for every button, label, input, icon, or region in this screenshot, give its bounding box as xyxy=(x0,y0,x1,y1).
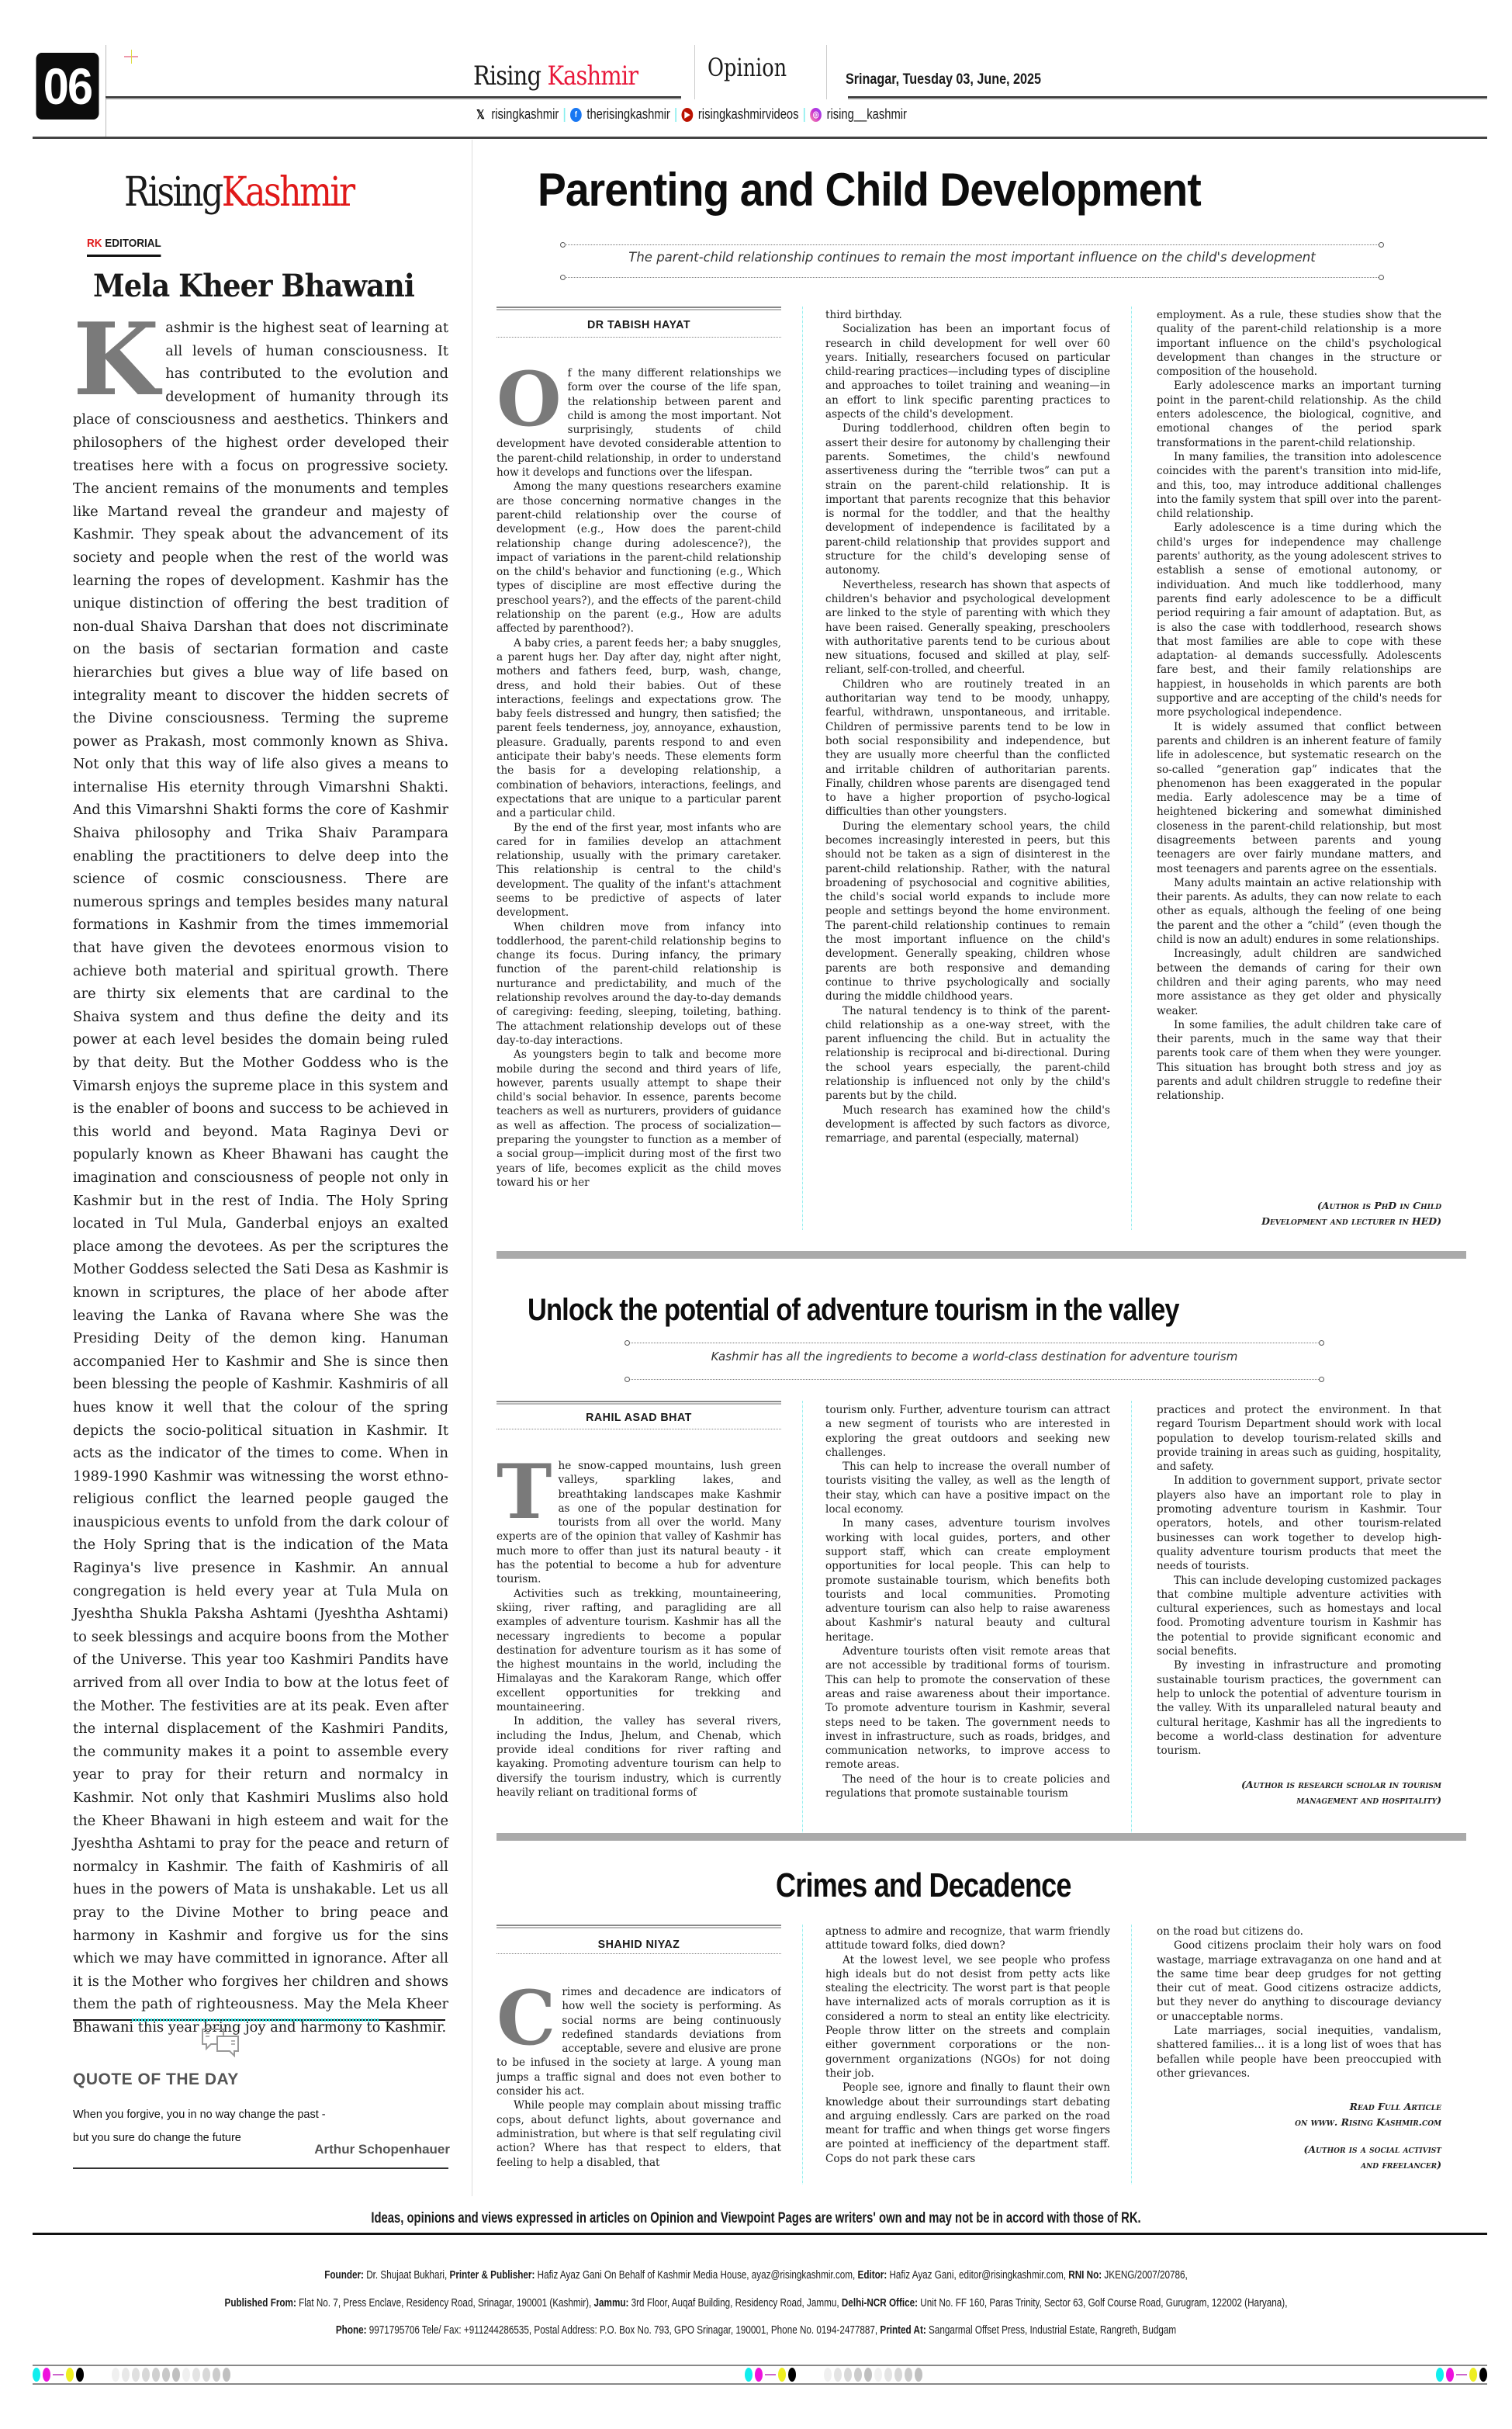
dateline: Srinagar, Tuesday 03, June, 2025 xyxy=(846,71,1041,88)
imprint-label: Published From: xyxy=(225,2296,296,2309)
read-more-line: Read Full Article xyxy=(1157,2099,1441,2115)
facebook-icon: f xyxy=(570,108,582,122)
editorial-logo: RisingKashmir xyxy=(124,169,354,216)
byline-bar xyxy=(497,307,781,310)
social-links: 𝕏 risingkashmir f therisingkashmir ▶ ris… xyxy=(475,106,907,123)
registration-mark xyxy=(131,50,132,64)
paragraph: During toddlerhood, children often begin… xyxy=(825,421,1110,577)
paragraph: practices and protect the environment. I… xyxy=(1157,1403,1441,1474)
deck-rule xyxy=(562,244,1382,245)
divider xyxy=(804,108,805,122)
cyan-swatch xyxy=(33,2368,40,2382)
gray-swatch xyxy=(824,2368,832,2382)
paragraph: At the lowest level, we see people who p… xyxy=(825,1953,1110,2081)
column-rule xyxy=(802,1925,803,2185)
social-instagram-handle[interactable]: rising__kashmir xyxy=(827,106,907,123)
article-deck: The parent-child relationship continues … xyxy=(562,250,1382,265)
gray-swatch xyxy=(192,2368,200,2382)
yellow-swatch xyxy=(778,2368,786,2382)
youtube-icon: ▶ xyxy=(682,108,694,122)
editorial-text: ashmir is the highest seat of learning a… xyxy=(73,320,448,2036)
byline: SHAHID NIYAZ xyxy=(503,1938,774,1951)
gray-swatch xyxy=(884,2368,892,2382)
paragraph: tourism only. Further, adventure tourism… xyxy=(825,1403,1110,1460)
gray-swatch xyxy=(162,2368,170,2382)
magenta-swatch xyxy=(755,2368,763,2382)
disclaimer: Ideas, opinions and views expressed in a… xyxy=(166,2210,1345,2227)
paragraph: Late marriages, social inequities, vanda… xyxy=(1157,2024,1441,2081)
gray-swatch xyxy=(152,2368,160,2382)
paragraph: Children who are routinely treated in an… xyxy=(825,677,1110,819)
paragraph: By the end of the first year, most infan… xyxy=(497,821,781,920)
cyan-swatch xyxy=(1436,2368,1444,2382)
magenta-swatch xyxy=(43,2368,50,2382)
column-rule xyxy=(802,1401,803,1835)
divider xyxy=(694,45,695,99)
paragraph: A baby cries, a parent feeds her; a baby… xyxy=(497,636,781,821)
registration-mark xyxy=(53,2374,64,2375)
gray-swatch xyxy=(894,2368,902,2382)
dropcap: C xyxy=(497,1988,555,2050)
byline-rule xyxy=(497,1953,781,1954)
section-separator xyxy=(497,1833,1466,1841)
cyan-swatch xyxy=(745,2368,753,2382)
gray-swatch xyxy=(142,2368,150,2382)
gray-swatch xyxy=(112,2368,119,2382)
x-icon: 𝕏 xyxy=(475,108,486,122)
paragraph: Activities such as trekking, mountaineer… xyxy=(497,1587,781,1715)
print-color-bar xyxy=(33,2365,1487,2385)
author-note-line: Development and lecturer in HED) xyxy=(1157,1214,1441,1229)
masthead-bottom-rule xyxy=(33,137,1487,139)
paragraph: During the elementary school years, the … xyxy=(825,819,1110,1004)
imprint-label: Printer & Publisher: xyxy=(450,2268,535,2282)
brand-kashmir: Kashmir xyxy=(547,61,638,92)
imprint-label: Phone: xyxy=(336,2323,367,2337)
social-facebook-handle[interactable]: therisingkashmir xyxy=(586,106,670,123)
gray-swatch xyxy=(172,2368,180,2382)
imprint-value: Hafiz Ayaz Gani On Behalf of Kashmir Med… xyxy=(535,2268,857,2282)
imprint-line-1: Founder: Dr. Shujaat Bukhari, Printer & … xyxy=(166,2268,1345,2282)
imprint-value: Dr. Shujaat Bukhari, xyxy=(364,2268,450,2282)
logo-rising: Rising xyxy=(124,169,222,216)
editorial-divider-accent xyxy=(132,2018,380,2022)
editorial-body: Kashmir is the highest seat of learning … xyxy=(73,317,448,2039)
quote-author: Arthur Schopenhauer xyxy=(217,2142,450,2157)
imprint-value: JKENG/2007/20786, xyxy=(1102,2268,1188,2282)
gray-swatch xyxy=(202,2368,210,2382)
gray-swatch xyxy=(874,2368,882,2382)
imprint-label: Delhi-NCR Office: xyxy=(842,2296,918,2309)
quote-heading: QUOTE OF THE DAY xyxy=(73,2070,239,2089)
masthead-rule xyxy=(848,96,1487,99)
paragraph: In addition to government support, priva… xyxy=(1157,1474,1441,1573)
deck-rule xyxy=(627,1379,1322,1380)
author-note-line: (Author is a social activist xyxy=(1157,2142,1441,2157)
paragraph: In some families, the adult children tak… xyxy=(1157,1018,1441,1104)
imprint-label: Jammu: xyxy=(594,2296,629,2309)
paragraph: Nevertheless, research has shown that as… xyxy=(825,578,1110,677)
paragraph: While people may complain about missing … xyxy=(497,2098,781,2169)
quote-rule xyxy=(73,2167,448,2169)
gray-swatch xyxy=(915,2368,922,2382)
paragraph: The natural tendency is to think of the … xyxy=(825,1004,1110,1104)
brand-rising: Rising xyxy=(473,61,541,92)
byline-bar xyxy=(497,1401,781,1405)
article-headline[interactable]: Crimes and Decadence xyxy=(776,1866,1071,1905)
yellow-swatch xyxy=(66,2368,74,2382)
author-note: (Author is research scholar in tourism m… xyxy=(1157,1777,1441,1808)
gray-swatch xyxy=(132,2368,140,2382)
article-column-3: on the road but citizens do. Good citize… xyxy=(1157,1925,1441,2088)
read-more-line: on www. Rising Kashmir.com xyxy=(1157,2115,1441,2130)
paragraph: Good citizens proclaim their holy wars o… xyxy=(1157,1939,1441,2024)
gray-swatch xyxy=(905,2368,912,2382)
imprint-label: Editor: xyxy=(858,2268,887,2282)
paragraph: It is widely assumed that conflict betwe… xyxy=(1157,720,1441,876)
imprint-value: Hafiz Ayaz Gani, editor@risingkashmir.co… xyxy=(887,2268,1068,2282)
byline-rule xyxy=(497,337,781,338)
byline-bar xyxy=(497,1925,781,1928)
yellow-swatch xyxy=(1469,2368,1477,2382)
paragraph: In many cases, adventure tourism involve… xyxy=(825,1516,1110,1644)
masthead-rule xyxy=(106,96,681,99)
article-column-2: aptness to admire and recognize, that wa… xyxy=(825,1925,1110,2185)
section-separator xyxy=(497,1251,1466,1259)
byline-rule xyxy=(497,1429,781,1429)
gray-swatch xyxy=(834,2368,842,2382)
byline: RAHIL ASAD BHAT xyxy=(503,1411,774,1424)
paragraph: employment. As a rule, these studies sho… xyxy=(1157,308,1441,379)
article-column-1: The snow-capped mountains, lush green va… xyxy=(497,1459,781,1831)
editorial-label-text: EDITORIAL xyxy=(102,237,161,250)
black-swatch xyxy=(788,2368,796,2382)
speech-bubbles-icon xyxy=(200,2027,240,2061)
gray-swatch xyxy=(122,2368,130,2382)
author-note-line: and freelancer) xyxy=(1157,2157,1441,2173)
paragraph: on the road but citizens do. xyxy=(1157,1925,1441,1939)
paragraph: third birthday. xyxy=(825,308,1110,322)
article-column-3: practices and protect the environment. I… xyxy=(1157,1403,1441,1768)
paragraph: As youngsters begin to talk and become m… xyxy=(497,1048,781,1190)
column-rule xyxy=(1131,1401,1132,1835)
paragraph: Among the many questions researchers exa… xyxy=(497,480,781,636)
article-column-3: employment. As a rule, these studies sho… xyxy=(1157,308,1441,1177)
author-note-line: management and hospitality) xyxy=(1157,1793,1441,1808)
gray-swatch xyxy=(864,2368,872,2382)
paragraph: By investing in infrastructure and promo… xyxy=(1157,1658,1441,1758)
gray-swatch xyxy=(213,2368,220,2382)
rk-mark: RK xyxy=(87,237,102,250)
deck-rule xyxy=(627,1343,1322,1343)
logo-kashmir: Kashmir xyxy=(222,169,354,216)
article-column-1: Of the many different relationships we f… xyxy=(497,366,781,1383)
dropcap: T xyxy=(497,1462,552,1523)
editorial-title: Mela Kheer Bhawani xyxy=(93,268,407,304)
gray-swatch xyxy=(223,2368,230,2382)
article-deck: Kashmir has all the ingredients to becom… xyxy=(627,1350,1322,1363)
editorial-label: RK EDITORIAL xyxy=(87,237,161,257)
paragraph: This can include developing customized p… xyxy=(1157,1574,1441,1659)
paragraph: People see, ignore and finally to flaunt… xyxy=(825,2081,1110,2166)
author-note: (Author is a social activist and freelan… xyxy=(1157,2142,1441,2173)
author-note: (Author is PhD in Child Development and … xyxy=(1157,1198,1441,1229)
social-youtube-handle[interactable]: risingkashmirvideos xyxy=(698,106,799,123)
imprint-label: Founder: xyxy=(324,2268,364,2282)
paragraph: In many families, the transition into ad… xyxy=(1157,450,1441,521)
imprint-value: Sangarmal Offset Press, Industrial Estat… xyxy=(926,2323,1176,2337)
black-swatch xyxy=(1479,2368,1487,2382)
gray-swatch xyxy=(844,2368,852,2382)
read-full-article-link[interactable]: Read Full Article on www. Rising Kashmir… xyxy=(1157,2099,1441,2130)
column-rule xyxy=(1131,1925,1132,2185)
imprint-value: Flat No. 7, Press Enclave, Residency Roa… xyxy=(296,2296,594,2309)
article-headline[interactable]: Unlock the potential of adventure touris… xyxy=(528,1293,1179,1328)
dropcap: O xyxy=(497,369,562,431)
page-number: 06 xyxy=(36,53,99,120)
paragraph: aptness to admire and recognize, that wa… xyxy=(825,1925,1110,1953)
paragraph: When children move from infancy into tod… xyxy=(497,920,781,1048)
paragraph: Many adults maintain an active relations… xyxy=(1157,876,1441,947)
paragraph: Early adolescence is a time during which… xyxy=(1157,521,1441,719)
article-column-2: third birthday. Socialization has been a… xyxy=(825,308,1110,1232)
deck-rule xyxy=(562,277,1382,278)
masthead-divider xyxy=(106,45,106,138)
article-headline[interactable]: Parenting and Child Development xyxy=(538,163,1201,217)
imprint-line-2: Published From: Flat No. 7, Press Enclav… xyxy=(166,2296,1345,2309)
article-column-2: tourism only. Further, adventure tourism… xyxy=(825,1403,1110,1834)
author-note-line: (Author is PhD in Child xyxy=(1157,1198,1441,1214)
gray-swatch xyxy=(182,2368,190,2382)
imprint-label: Printed At: xyxy=(880,2323,926,2337)
paragraph: Socialization has been an important focu… xyxy=(825,322,1110,421)
paragraph: This can help to increase the overall nu… xyxy=(825,1460,1110,1516)
paragraph: Increasingly, adult children are sandwic… xyxy=(1157,947,1441,1017)
instagram-icon: ◎ xyxy=(810,108,822,122)
article-column-1: Crimes and decadence are indicators of h… xyxy=(497,1985,781,2187)
paragraph: Adventure tourists often visit remote ar… xyxy=(825,1644,1110,1772)
imprint-value: 3rd Floor, Auqaf Building, Residency Roa… xyxy=(628,2296,841,2309)
byline: DR TABISH HAYAT xyxy=(503,318,774,331)
section-name: Opinion xyxy=(708,53,787,82)
footer-rule xyxy=(33,2233,1487,2235)
imprint-line-3: Phone: 9971795706 Tele/ Fax: +9112442865… xyxy=(166,2323,1345,2337)
imprint-value: Unit No. FF 160, Paras Trinity, Sector 6… xyxy=(918,2296,1287,2309)
gray-swatch xyxy=(854,2368,862,2382)
column-rule xyxy=(1131,307,1132,1230)
dropcap: K xyxy=(73,320,159,401)
divider xyxy=(564,108,566,122)
paragraph: The need of the hour is to create polici… xyxy=(825,1772,1110,1801)
paragraph: Much research has examined how the child… xyxy=(825,1104,1110,1146)
quote-line: When you forgive, you in no way change t… xyxy=(73,2103,438,2126)
paragraph: Early adolescence marks an important tur… xyxy=(1157,379,1441,449)
imprint-value: 9971795706 Tele/ Fax: +911244286535, Pos… xyxy=(367,2323,881,2337)
divider xyxy=(826,45,827,99)
magenta-swatch xyxy=(1446,2368,1454,2382)
column-divider xyxy=(472,140,472,2196)
black-swatch xyxy=(76,2368,84,2382)
social-x-handle[interactable]: risingkashmir xyxy=(491,106,559,123)
divider xyxy=(675,108,676,122)
author-note-line: (Author is research scholar in tourism xyxy=(1157,1777,1441,1793)
masthead-brand[interactable]: Rising Kashmir xyxy=(473,61,638,92)
column-rule xyxy=(802,307,803,1230)
imprint-label: RNI No: xyxy=(1068,2268,1102,2282)
registration-mark xyxy=(765,2374,776,2375)
paragraph: In addition, the valley has several rive… xyxy=(497,1714,781,1800)
registration-mark xyxy=(1456,2374,1467,2375)
